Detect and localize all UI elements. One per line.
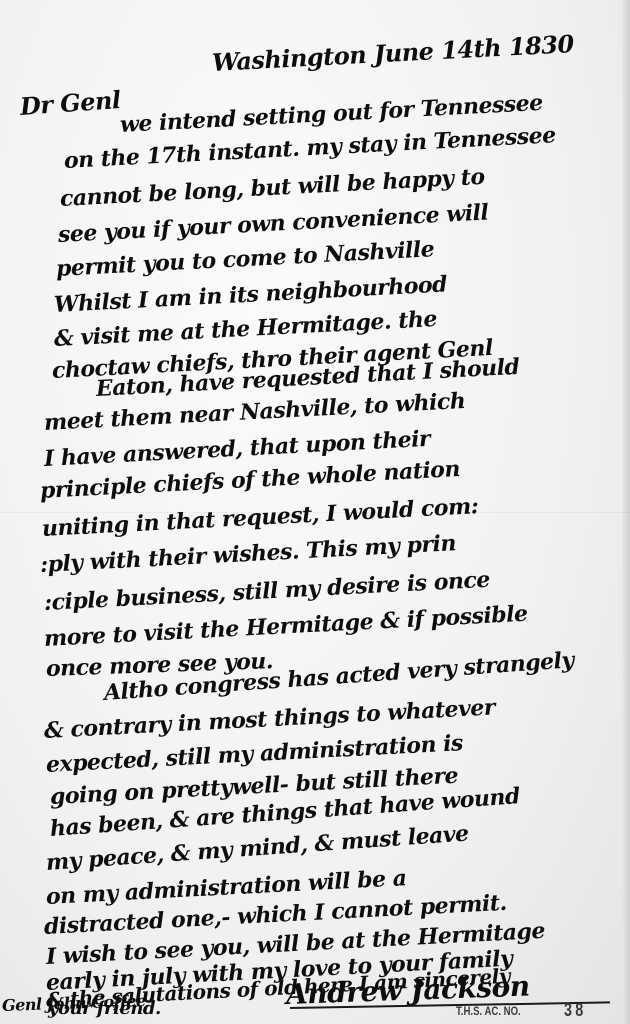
salutation: Dr Genl [19, 85, 121, 121]
dateline: Washington June 14th 1830 [211, 29, 574, 77]
archive-label-prefix: T.H.S. AC. NO. [456, 1004, 521, 1018]
archive-label-number: 38 [564, 1000, 586, 1021]
letter-page: Washington June 14th 1830 Dr Genl we int… [0, 0, 630, 1024]
